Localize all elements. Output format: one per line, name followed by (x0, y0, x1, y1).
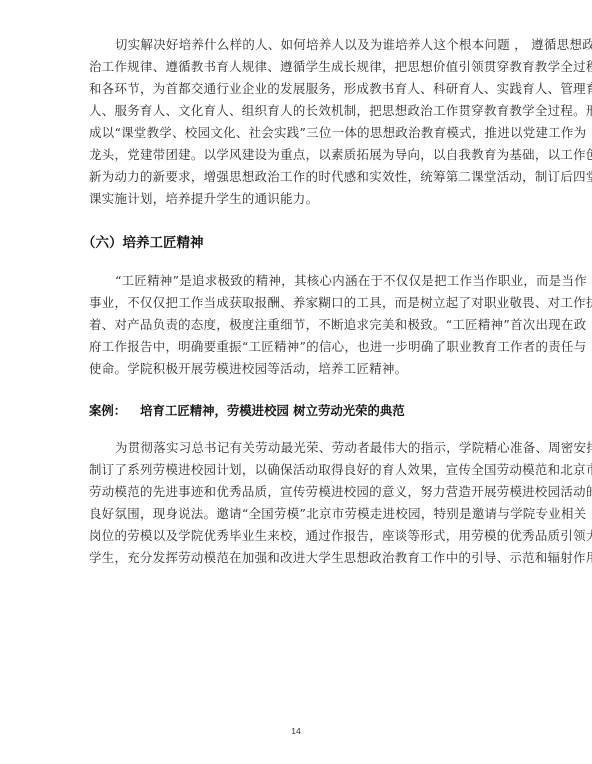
text-line: 切实解决好培养什么样的人、如何培养人以及为谁培养人这个根本问题 ， 遵循思想政 (89, 34, 507, 56)
case-label: 案例： (89, 403, 126, 418)
paragraph-model-worker-case: 为贯彻落实习总书记有关劳动最光荣、劳动者最伟大的指示，学院精心准备、周密安排， … (89, 437, 507, 569)
text-line: 课实施计划，培养提升学生的通识能力。 (89, 188, 507, 210)
text-line: 为贯彻落实习总书记有关劳动最光荣、劳动者最伟大的指示，学院精心准备、周密安排， (89, 437, 507, 459)
text-line: 龙头，党建带团建。以学风建设为重点，以素质拓展为导向，以自我教育为基础，以工作创 (89, 144, 507, 166)
text-line: 治工作规律、遵循教书育人规律、遵循学生成长规律，把思想价值引领贯穿教育教学全过程 (89, 56, 507, 78)
text-line: 新为动力的新要求，增强思想政治工作的时代感和实效性，统筹第二课堂活动，制订后四堂 (89, 166, 507, 188)
document-page: 切实解决好培养什么样的人、如何培养人以及为谁培养人这个根本问题 ， 遵循思想政 … (0, 0, 592, 764)
text-line: 劳动模范的先进事迹和优秀品质，宣传劳模进校园的意义，努力营造开展劳模进校园活动的 (89, 481, 507, 503)
text-line: 学生，充分发挥劳动模范在加强和改进大学生思想政治教育工作中的引导、示范和辐射作用… (89, 547, 507, 569)
case-heading-block: 案例：培育工匠精神，劳模进校园 树立劳动光荣的典范 (89, 401, 507, 421)
text-line: 岗位的劳模以及学院优秀毕业生来校，通过作报告，座谈等形式，用劳模的优秀品质引领大 (89, 525, 507, 547)
text-line: 着、对产品负责的态度，极度注重细节，不断追求完美和极致。“工匠精神”首次出现在政 (89, 314, 507, 336)
paragraph-moral-education: 切实解决好培养什么样的人、如何培养人以及为谁培养人这个根本问题 ， 遵循思想政 … (89, 34, 507, 210)
text-line: 事业，不仅仅把工作当成获取报酬、养家糊口的工具，而是树立起了对职业敬畏、对工作执 (89, 292, 507, 314)
section-heading: （六）培养工匠精神 (82, 233, 500, 253)
text-line: 制订了系列劳模进校园计划，以确保活动取得良好的育人效果，宣传全国劳动模范和北京市 (89, 459, 507, 481)
page-number: 14 (0, 726, 592, 736)
text-line: 成以“课堂教学、校园文化、社会实践”三位一体的思想政治教育模式，推进以党建工作为 (89, 122, 507, 144)
paragraph-craftsman-spirit: “工匠精神”是追求极致的精神，其核心内涵在于不仅仅是把工作当作职业，而是当作 事… (89, 270, 507, 380)
text-line: 和各环节，为首都交通行业企业的发展服务，形成教书育人、科研育人、实践育人、管理育 (89, 78, 507, 100)
case-title: 培育工匠精神，劳模进校园 树立劳动光荣的典范 (140, 403, 405, 418)
section-heading-block: （六）培养工匠精神 (82, 233, 500, 253)
text-line: 使命。学院积极开展劳模进校园等活动，培养工匠精神。 (89, 358, 507, 380)
case-heading: 案例：培育工匠精神，劳模进校园 树立劳动光荣的典范 (89, 401, 507, 421)
text-line: 人、服务育人、文化育人、组织育人的长效机制，把思想政治工作贯穿教育教学全过程。形 (89, 100, 507, 122)
text-line: “工匠精神”是追求极致的精神，其核心内涵在于不仅仅是把工作当作职业，而是当作 (89, 270, 507, 292)
text-line: 府工作报告中，明确要重振“工匠精神”的信心，也进一步明确了职业教育工作者的责任与 (89, 336, 507, 358)
text-line: 良好氛围，现身说法。邀请“全国劳模”北京市劳模走进校园，特别是邀请与学院专业相关 (89, 503, 507, 525)
